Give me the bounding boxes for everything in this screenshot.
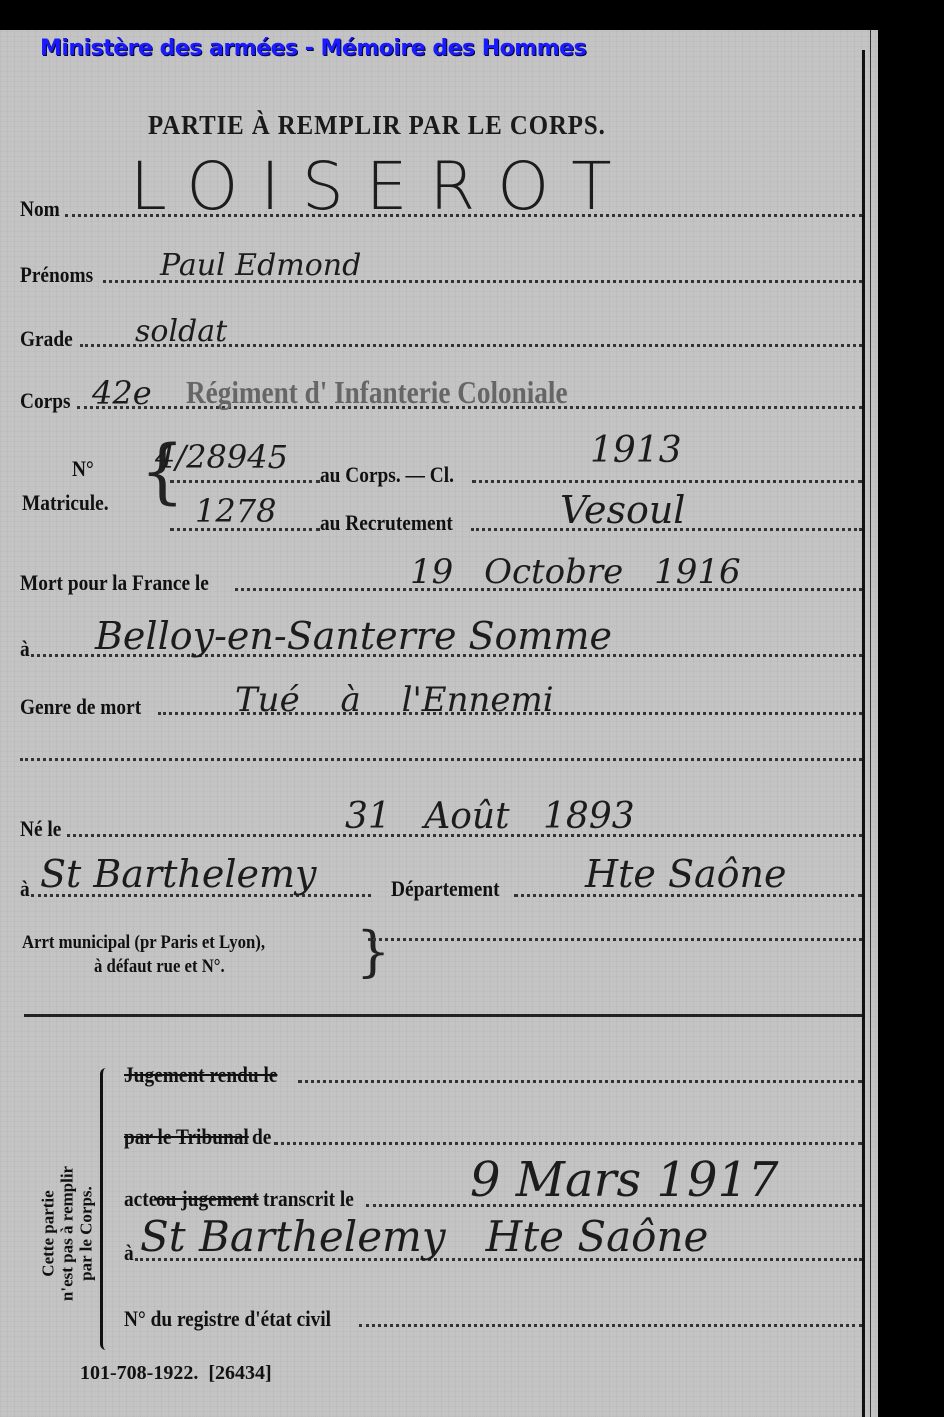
section-divider	[24, 1014, 862, 1017]
genre-mort-label: Genre de mort	[20, 694, 141, 720]
prenoms-value: Paul Edmond	[160, 248, 361, 283]
dotted-line	[368, 938, 862, 941]
dotted-line	[274, 1142, 862, 1145]
arr-municipal-label-1: Arrt municipal (pr Paris et Lyon),	[22, 932, 265, 954]
mort-date-label: Mort pour la France le	[20, 570, 209, 596]
right-border-rule	[862, 50, 865, 1417]
side-note-line: n'est pas à remplir	[58, 1119, 77, 1349]
transcrit-label: transcrit le	[263, 1186, 354, 1212]
field-arr-municipal	[368, 938, 862, 946]
jugement-label: Jugement rendu le	[124, 1062, 277, 1088]
side-note-line: Cette partie	[39, 1119, 58, 1349]
corps-number: 42e	[92, 374, 152, 412]
arr-municipal-label-2: à défaut rue et N°.	[94, 956, 225, 978]
ne-le-value: 31 Août 1893	[345, 796, 635, 837]
departement-label: Département	[391, 876, 500, 902]
classe-value: 1913	[590, 430, 682, 471]
field-tribunal: par le Tribunal de	[124, 1124, 862, 1150]
nom-label: Nom	[20, 196, 60, 222]
au-corps-label: au Corps. — Cl.	[320, 462, 454, 488]
tribunal-label-de: de	[252, 1124, 271, 1150]
registre-label: N° du registre d'état civil	[124, 1306, 331, 1332]
dotted-line	[20, 758, 862, 761]
ou-jugement-struck: ou jugement	[156, 1186, 259, 1212]
side-note-line: par le Corps.	[77, 1119, 96, 1349]
side-note-text: Cette partie n'est pas à remplir par le …	[39, 1119, 96, 1349]
field-prenoms: Prénoms	[20, 262, 862, 288]
corps-label: Corps	[20, 388, 71, 414]
watermark: Ministère des armées - Mémoire des Homme…	[40, 36, 586, 61]
dotted-line	[472, 480, 862, 483]
grade-value: soldat	[135, 314, 227, 349]
matricule-label: Matricule.	[22, 490, 109, 516]
prenoms-label: Prénoms	[20, 262, 93, 288]
ne-lieu-value: St Barthelemy	[40, 852, 317, 896]
recrutement-place-value: Vesoul	[560, 488, 685, 532]
au-recrutement-label: au Recrutement	[320, 510, 453, 536]
no-label: N°	[72, 456, 94, 482]
recrutement-number-value: 1278	[195, 492, 276, 530]
genre-mort-value: Tué à l'Ennemi	[235, 680, 554, 720]
lower-section-brace	[100, 1068, 109, 1350]
side-note: Cette partie n'est pas à remplir par le …	[22, 1110, 112, 1340]
right-border-rule-outer	[870, 30, 871, 1417]
matricule-corps-value: 4/28945	[155, 438, 288, 476]
transcrit-lieu-label: à	[124, 1240, 134, 1266]
dotted-line	[170, 480, 320, 483]
transcrit-value: 9 Mars 1917	[470, 1152, 779, 1208]
mort-lieu-value: Belloy-en-Santerre Somme	[95, 614, 612, 658]
mort-lieu-label: à	[20, 636, 30, 662]
mort-date-value: 19 Octobre 1916	[410, 552, 741, 592]
form-footer-code: 101-708-1922. [26434]	[80, 1362, 272, 1385]
dotted-line	[359, 1324, 862, 1327]
grade-label: Grade	[20, 326, 73, 352]
field-registre: N° du registre d'état civil	[124, 1306, 862, 1332]
ne-le-label: Né le	[20, 816, 61, 842]
departement-value: Hte Saône	[585, 852, 787, 896]
corps-stamp: Régiment d' Infanterie Coloniale	[186, 374, 568, 411]
tribunal-label-struck: par le Tribunal	[124, 1124, 249, 1150]
transcrit-lieu-value: St Barthelemy Hte Saône	[140, 1212, 708, 1261]
acte-label: acte	[124, 1186, 157, 1212]
form-title: PARTIE À REMPLIR PAR LE CORPS.	[148, 110, 606, 141]
field-jugement: Jugement rendu le	[124, 1062, 862, 1088]
arr-brace: }	[356, 920, 390, 983]
dotted-line	[298, 1080, 862, 1083]
nom-value: LOISEROT	[130, 148, 634, 225]
blank-line	[20, 758, 862, 766]
ne-lieu-label: à	[20, 876, 30, 902]
